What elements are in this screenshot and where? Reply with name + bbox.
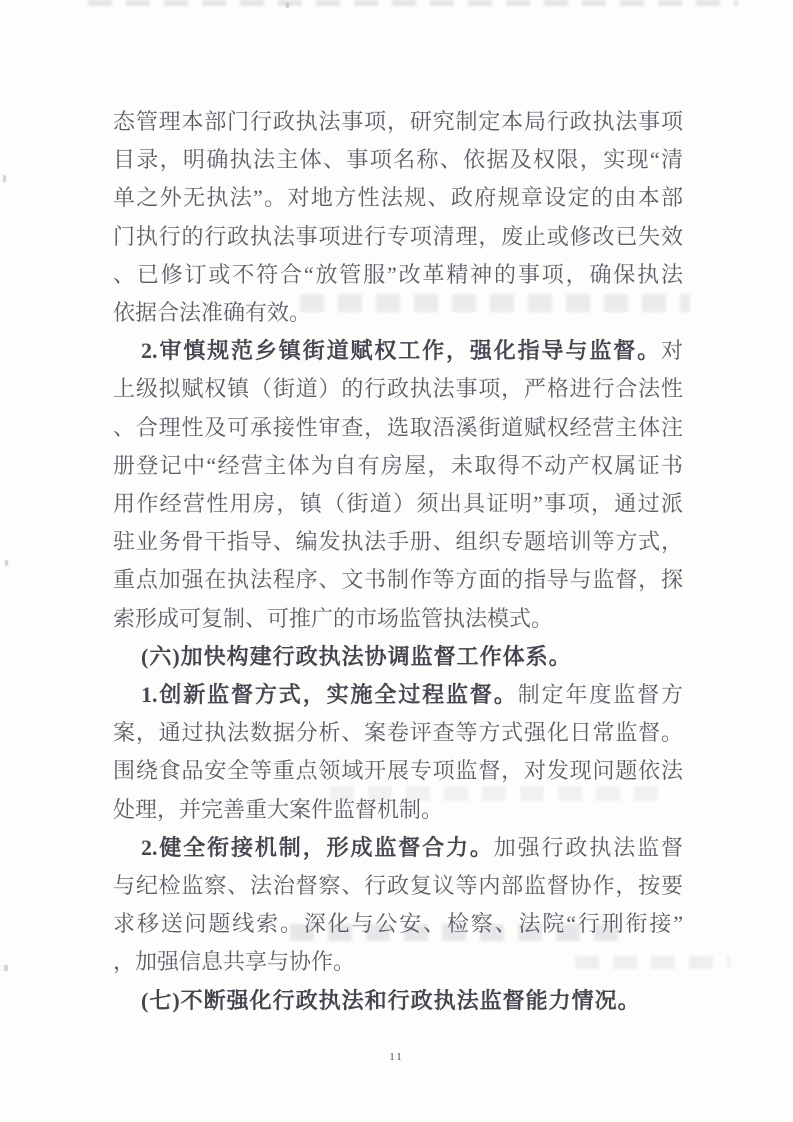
heading-line: (六)加快构建行政执法协调监督工作体系。 [113,638,683,676]
text-line: 与纪检监察、法治督察、行政复议等内部监督协作，按要 [113,867,683,905]
body-text: 求移送问题线索。深化与公安、检察、法院“行刑衔接” [113,911,683,936]
text-line: 求移送问题线索。深化与公安、检察、法院“行刑衔接” [113,905,683,943]
heading-line: (七)不断强化行政执法和行政执法监督能力情况。 [113,982,683,1020]
body-text: 围绕食品安全等重点领域开展专项监督，对发现问题依法 [113,758,683,783]
text-line: 单之外无执法”。对地方性法规、政府规章设定的由本部 [113,179,683,217]
body-text: 上级拟赋权镇（街道）的行政执法事项，严格进行合法性 [113,376,683,401]
text-line: 目录，明确执法主体、事项名称、依据及权限，实现“清 [113,141,683,179]
body-text: 、合理性及可承接性审查，选取浯溪街道赋权经营主体注 [113,415,683,440]
body-text: ，加强信息共享与协作。 [113,949,355,974]
body-text: 用作经营性用房，镇（街道）须出具证明”事项，通过派 [113,491,683,516]
page-number: 11 [0,1051,793,1063]
text-line: 2.审慎规范乡镇街道赋权工作，强化指导与监督。对 [113,332,683,370]
body-text: 索形成可复制、可推广的市场监管执法模式。 [113,606,553,631]
bold-lead-in: (七)不断强化行政执法和行政执法监督能力情况。 [141,988,641,1013]
bold-lead-in: (六)加快构建行政执法协调监督工作体系。 [141,644,572,669]
scan-speck [3,175,6,182]
body-text: 案，通过执法数据分析、案卷评查等方式强化日常监督。 [113,720,683,745]
text-line: 册登记中“经营主体为自有房屋，未取得不动产权属证书 [113,447,683,485]
body-text: 依据合法准确有效。 [113,300,311,325]
body-text: 重点加强在执法程序、文书制作等方面的指导与监督，探 [113,567,683,592]
text-line: 用作经营性用房，镇（街道）须出具证明”事项，通过派 [113,485,683,523]
body-text: 加强行政执法监督 [494,835,683,860]
body-text: 驻业务骨干指导、编发执法手册、组织专题培训等方式， [113,529,683,554]
text-line: 重点加强在执法程序、文书制作等方面的指导与监督，探 [113,561,683,599]
text-line: 围绕食品安全等重点领域开展专项监督，对发现问题依法 [113,752,683,790]
body-text: 门执行的行政执法事项进行专项清理，废止或修改已失效 [113,224,683,249]
body-text: 与纪检监察、法治督察、行政复议等内部监督协作，按要 [113,873,683,898]
body-text: 态管理本部门行政执法事项，研究制定本局行政执法事项 [113,109,683,134]
text-line: 上级拟赋权镇（街道）的行政执法事项，严格进行合法性 [113,370,683,408]
scanned-document-page: 态管理本部门行政执法事项，研究制定本局行政执法事项目录，明确执法主体、事项名称、… [0,0,793,1122]
scan-speck [5,560,8,566]
text-line: 、已修订或不符合“放管服”改革精神的事项，确保执法 [113,256,683,294]
text-line: 索形成可复制、可推广的市场监管执法模式。 [113,600,683,638]
text-line: 1.创新监督方式，实施全过程监督。制定年度监督方 [113,676,683,714]
text-line: 2.健全衔接机制，形成监督合力。加强行政执法监督 [113,829,683,867]
bold-lead-in: 1.创新监督方式，实施全过程监督。 [141,682,518,707]
text-line: 门执行的行政执法事项进行专项清理，废止或修改已失效 [113,218,683,256]
bleed-through-artifact-top [88,0,738,6]
body-text: 册登记中“经营主体为自有房屋，未取得不动产权属证书 [113,453,683,478]
body-text: 制定年度监督方 [518,682,683,707]
body-text: 目录，明确执法主体、事项名称、依据及权限，实现“清 [113,147,683,172]
text-line: 态管理本部门行政执法事项，研究制定本局行政执法事项 [113,103,683,141]
text-line: 驻业务骨干指导、编发执法手册、组织专题培训等方式， [113,523,683,561]
body-text: 、已修订或不符合“放管服”改革精神的事项，确保执法 [113,262,683,287]
bold-lead-in: 2.审慎规范乡镇街道赋权工作，强化指导与监督。 [141,338,661,363]
text-line: 、合理性及可承接性审查，选取浯溪街道赋权经营主体注 [113,409,683,447]
document-text: 态管理本部门行政执法事项，研究制定本局行政执法事项目录，明确执法主体、事项名称、… [113,103,683,1020]
scan-speck [286,3,289,8]
body-text: 对 [661,338,683,363]
text-line: 依据合法准确有效。 [113,294,683,332]
text-line: 处理，并完善重大案件监督机制。 [113,791,683,829]
text-line: ，加强信息共享与协作。 [113,943,683,981]
text-line: 案，通过执法数据分析、案卷评查等方式强化日常监督。 [113,714,683,752]
body-text: 处理，并完善重大案件监督机制。 [113,797,443,822]
bold-lead-in: 2.健全衔接机制，形成监督合力。 [141,835,494,860]
body-text: 单之外无执法”。对地方性法规、政府规章设定的由本部 [113,185,683,210]
scan-speck [4,965,8,971]
